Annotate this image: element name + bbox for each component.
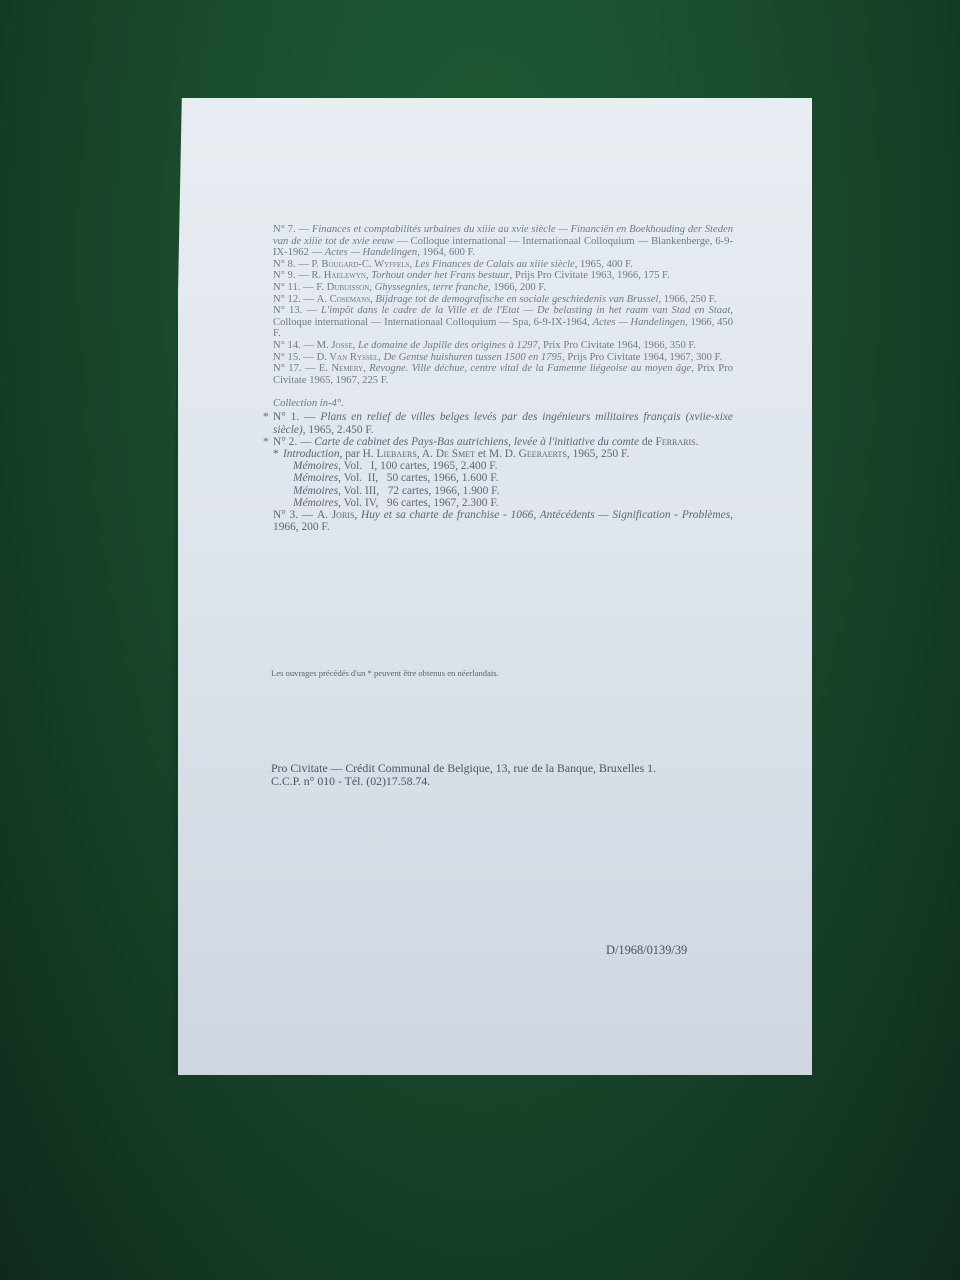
translation-note: Les ouvrages précédés d'un * peuvent êtr… <box>271 668 499 678</box>
series-entry: N° 9. — R. Haelewyn, Torhout onder het F… <box>273 270 733 282</box>
quarto-introduction: * Introduction, par H. Liebaers, A. De S… <box>273 448 733 460</box>
publisher-address: Pro Civitate — Crédit Communal de Belgiq… <box>271 762 736 788</box>
collection-heading: Collection in-4°. <box>273 398 733 409</box>
series-entry: N° 11. — F. Dubuisson, Ghyssegnies, terr… <box>273 282 733 294</box>
series-entry: N° 8. — P. Bougard-C. Wyffels, Les Finan… <box>273 259 733 271</box>
memoires-vol-4: Mémoires, Vol. IV, 96 cartes, 1967, 2.30… <box>273 497 733 509</box>
legal-deposit-number: D/1968/0139/39 <box>606 943 687 958</box>
book-back-cover: N° 7. — Finances et comptabilités urbain… <box>178 98 812 1075</box>
quarto-entry-1: * N° 1. — Plans en relief de villes belg… <box>273 411 733 435</box>
memoires-vol-2: Mémoires, Vol. II, 50 cartes, 1966, 1.60… <box>273 472 733 484</box>
quarto-collection: Collection in-4°. * N° 1. — Plans en rel… <box>273 398 733 533</box>
quarto-entry-3: N° 3. — A. Joris, Huy et sa charte de fr… <box>273 509 733 533</box>
asterisk-marker: * <box>263 436 269 448</box>
address-line-2: C.C.P. n° 010 - Tél. (02)17.58.74. <box>271 775 736 788</box>
asterisk-marker: * <box>273 448 279 460</box>
series-entry: N° 15. — D. Van Ryssel, De Gentse huishu… <box>273 352 733 364</box>
memoires-vol-1: Mémoires, Vol. I, 100 cartes, 1965, 2.40… <box>273 460 733 472</box>
quarto-entry-2: * N° 2. — Carte de cabinet des Pays-Bas … <box>273 436 733 448</box>
series-entry: N° 7. — Finances et comptabilités urbain… <box>273 224 733 259</box>
memoires-vol-3: Mémoires, Vol. III, 72 cartes, 1966, 1.9… <box>273 485 733 497</box>
series-entry: N° 14. — M. Josse, Le domaine de Jupille… <box>273 340 733 352</box>
series-entry: N° 17. — E. Nemery, Revogne. Ville déchu… <box>273 363 733 386</box>
series-entry: N° 12. — A. Cosemans, Bijdrage tot de de… <box>273 294 733 306</box>
series-list: N° 7. — Finances et comptabilités urbain… <box>273 224 733 386</box>
publication-list: N° 7. — Finances et comptabilités urbain… <box>273 224 733 533</box>
asterisk-marker: * <box>263 411 269 423</box>
series-entry: N° 13. — L'impôt dans le cadre de la Vil… <box>273 305 733 340</box>
